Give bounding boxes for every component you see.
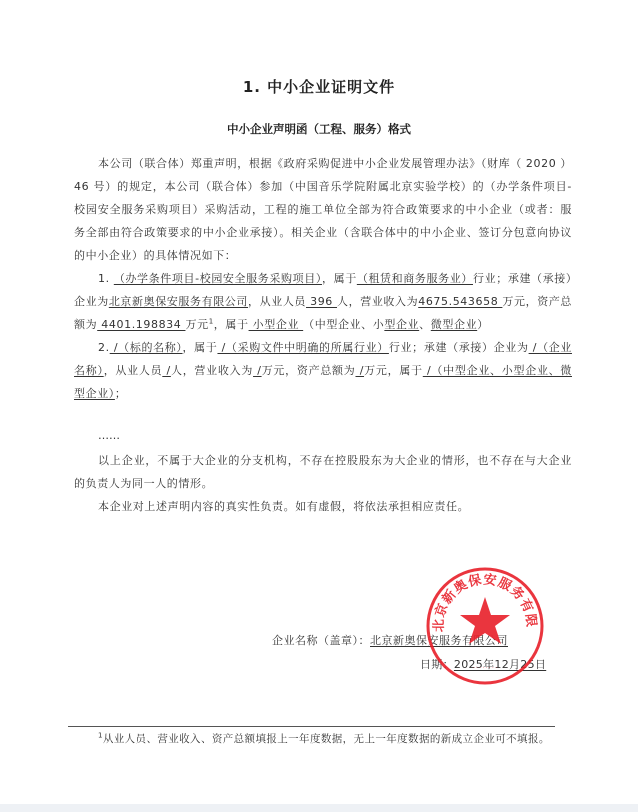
item-1-text: ，属于: [322, 272, 357, 285]
item-2-text: 万元，属于: [364, 364, 423, 377]
item-1-number: 1.: [98, 272, 114, 285]
item-1-text: 万元: [185, 318, 208, 331]
item-2-assets: /: [356, 364, 365, 377]
liability-paragraph: 本企业对上述声明内容的真实性负责。如有虚假，将依法承担相应责任。: [74, 495, 572, 518]
item-2-employees: /: [162, 364, 171, 377]
item-1-company: 北京新奥保安服务有限公司: [109, 295, 248, 308]
item-1-text: ，属于: [214, 318, 249, 331]
spacer: [74, 405, 572, 429]
signature-label: 企业名称（盖章）：: [272, 634, 370, 647]
item-1-project: （办学条件项目-校园安全服务采购项目）: [114, 272, 322, 285]
svg-text:北京新奥保安服务有限公司: 北京新奥保安服务有限公司: [424, 565, 538, 632]
item-1-employees: 396: [306, 295, 337, 308]
item-1-size-option: 型企业: [384, 318, 419, 331]
document-page: 1. 中小企业证明文件 中小企业声明函（工程、服务）格式 本公司（联合体）郑重声…: [0, 0, 638, 804]
item-1-size-option: 微型企业: [431, 318, 477, 331]
page-subtitle: 中小企业声明函（工程、服务）格式: [0, 121, 638, 137]
item-2-revenue: /: [253, 364, 262, 377]
item-2-text: 行业；承建（承接）企业为: [389, 341, 529, 354]
item-1-text: 人，营业收入为: [337, 295, 418, 308]
ellipsis: ……: [74, 429, 572, 443]
viewer-bottom-bar: [0, 804, 638, 812]
item-2-text: 人，营业收入为: [171, 364, 253, 377]
item-1-text: （中型企业、小: [303, 318, 384, 331]
item-2-text: ，从业人员: [104, 364, 163, 377]
item-2-industry: /（采购文件中明确的所属行业）: [217, 341, 388, 354]
item-2-paragraph: 2. /（标的名称），属于 /（采购文件中明确的所属行业）行业；承建（承接）企业…: [74, 336, 572, 405]
item-1-industry: （租赁和商务服务业）: [357, 272, 473, 285]
date-line: 日期：2025年12月25日: [420, 656, 546, 672]
footnote: 1从业人员、营业收入、资产总额填报上一年度数据，无上一年度数据的新成立企业可不填…: [74, 727, 564, 752]
item-1-paragraph: 1. （办学条件项目-校园安全服务采购项目），属于（租赁和商务服务业）行业；承建…: [74, 267, 572, 336]
page-title: 1. 中小企业证明文件: [0, 76, 638, 97]
item-2-name: /（标的名称）: [110, 341, 183, 354]
declaration-body: 本公司（联合体）郑重声明，根据《政府采购促进中小企业发展管理办法》（财库（ 20…: [74, 152, 572, 518]
item-1-text: ）: [477, 318, 489, 331]
item-1-assets: 4401.198834: [97, 318, 185, 331]
item-1-size: 小型企业: [249, 318, 304, 331]
item-1-text: ，从业人员: [248, 295, 306, 308]
date-value: 2025年12月25日: [454, 658, 546, 671]
signature-company: 北京新奥保安服务有限公司: [370, 634, 508, 647]
intro-paragraph: 本公司（联合体）郑重声明，根据《政府采购促进中小企业发展管理办法》（财库（ 20…: [74, 152, 572, 267]
item-2-text: 万元，资产总额为: [262, 364, 356, 377]
signature-line: 企业名称（盖章）：北京新奥保安服务有限公司: [272, 632, 508, 648]
statement-paragraph: 以上企业，不属于大企业的分支机构，不存在控股股东为大企业的情形，也不存在与大企业…: [74, 449, 572, 495]
footnote-text: 从业人员、营业收入、资产总额填报上一年度数据，无上一年度数据的新成立企业可不填报…: [103, 733, 550, 745]
item-2-text: ，属于: [183, 341, 218, 354]
item-1-text: 、: [419, 318, 431, 331]
item-2-number: 2.: [98, 341, 110, 354]
date-label: 日期：: [420, 658, 454, 671]
item-2-text: ；: [115, 387, 127, 400]
item-1-revenue: 4675.543658: [418, 295, 502, 308]
